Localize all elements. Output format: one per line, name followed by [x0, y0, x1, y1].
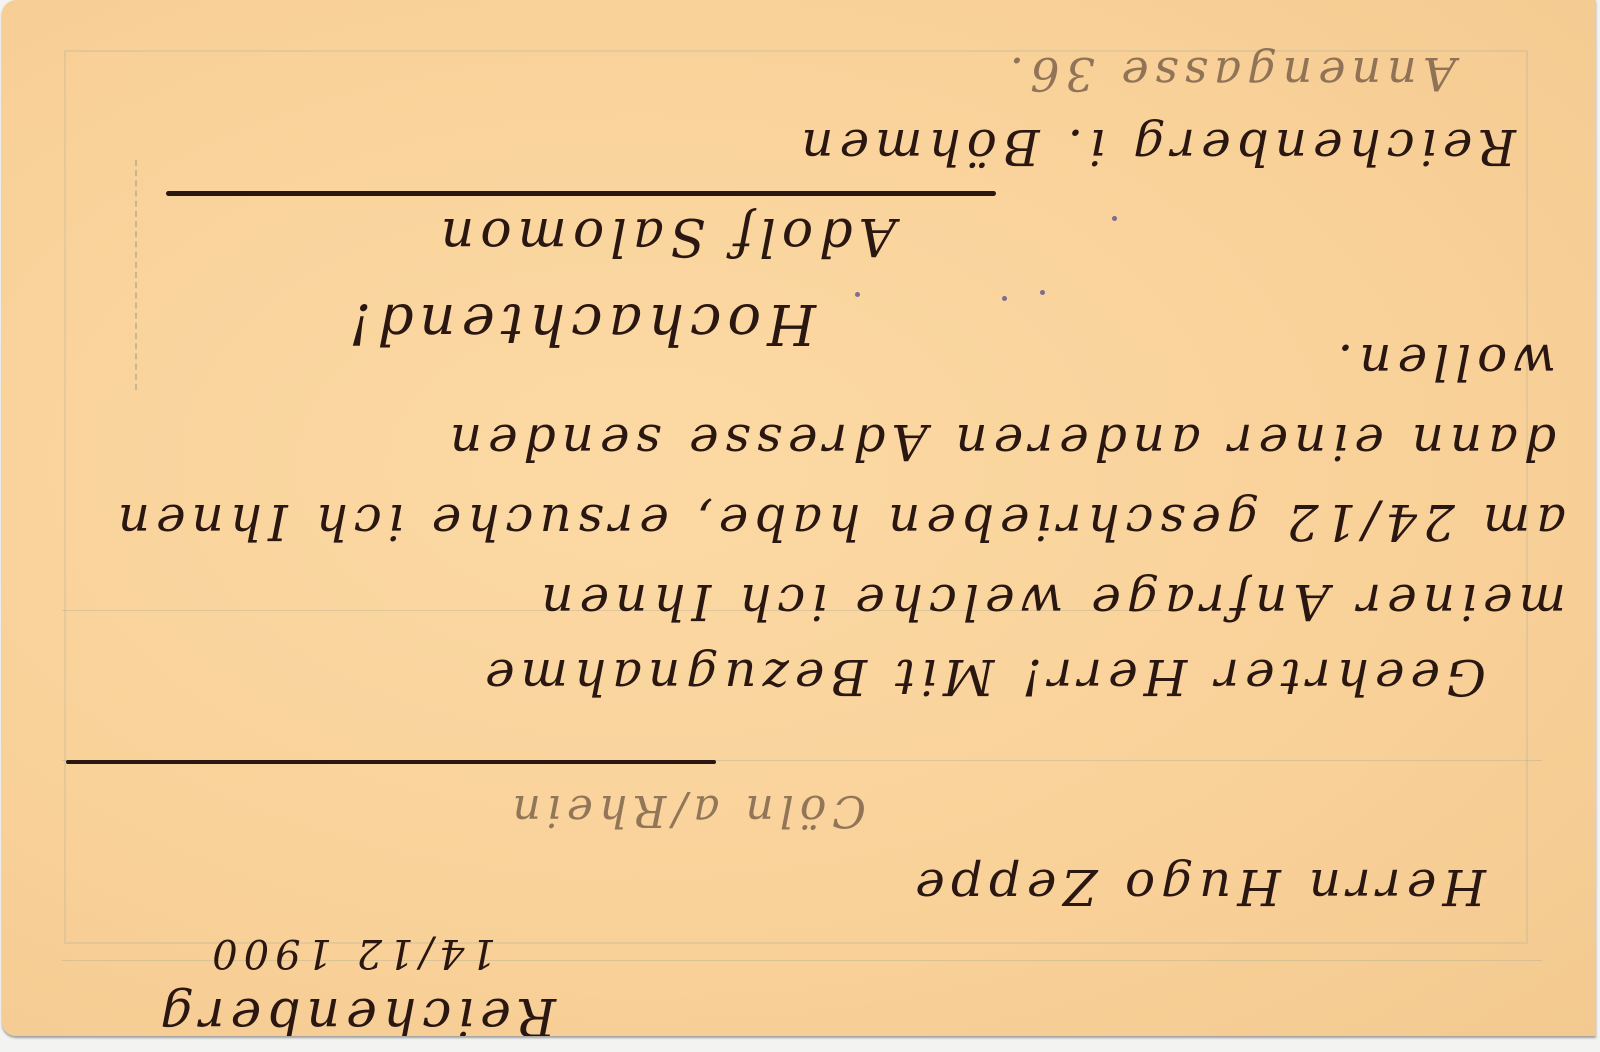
- stamp-ink-dot: [855, 292, 860, 297]
- signature: Adolf Salomon: [435, 206, 896, 266]
- sender-street: Annengasse 36.: [1004, 47, 1456, 101]
- handwritten-content: Herrn Hugo Zeppe Cöln a/Rhein Geehrter H…: [2, 0, 1596, 1036]
- sender-city: Reichenberg i. Böhmen: [795, 118, 1516, 176]
- body-line-5: wollen.: [1331, 333, 1556, 391]
- dateline-date: 14/12 1900: [206, 930, 496, 976]
- signature-underline: [166, 191, 996, 196]
- stamp-ink-dot: [1040, 290, 1045, 295]
- stamp-ink-dot: [1002, 296, 1007, 301]
- recipient-name: Herrn Hugo Zeppe: [909, 858, 1486, 916]
- address-underline: [66, 760, 716, 764]
- body-line-3: am 24/12 geschrieben habe, ersuche ich I…: [112, 493, 1566, 551]
- body-line-4: dann einer anderen Adresse senden: [444, 413, 1556, 471]
- body-line-2: meiner Anfrage welche ich Ihnen: [535, 573, 1566, 631]
- postcard: Herrn Hugo Zeppe Cöln a/Rhein Geehrter H…: [2, 0, 1596, 1036]
- body-line-1: Geehrter Herr! Mit Bezugnahme: [479, 648, 1486, 706]
- dateline-place: Reichenberg: [154, 986, 556, 1036]
- recipient-city: Cöln a/Rhein: [506, 785, 866, 836]
- stamp-ink-dot: [1112, 216, 1117, 221]
- closing: Hochachtend!: [343, 291, 816, 356]
